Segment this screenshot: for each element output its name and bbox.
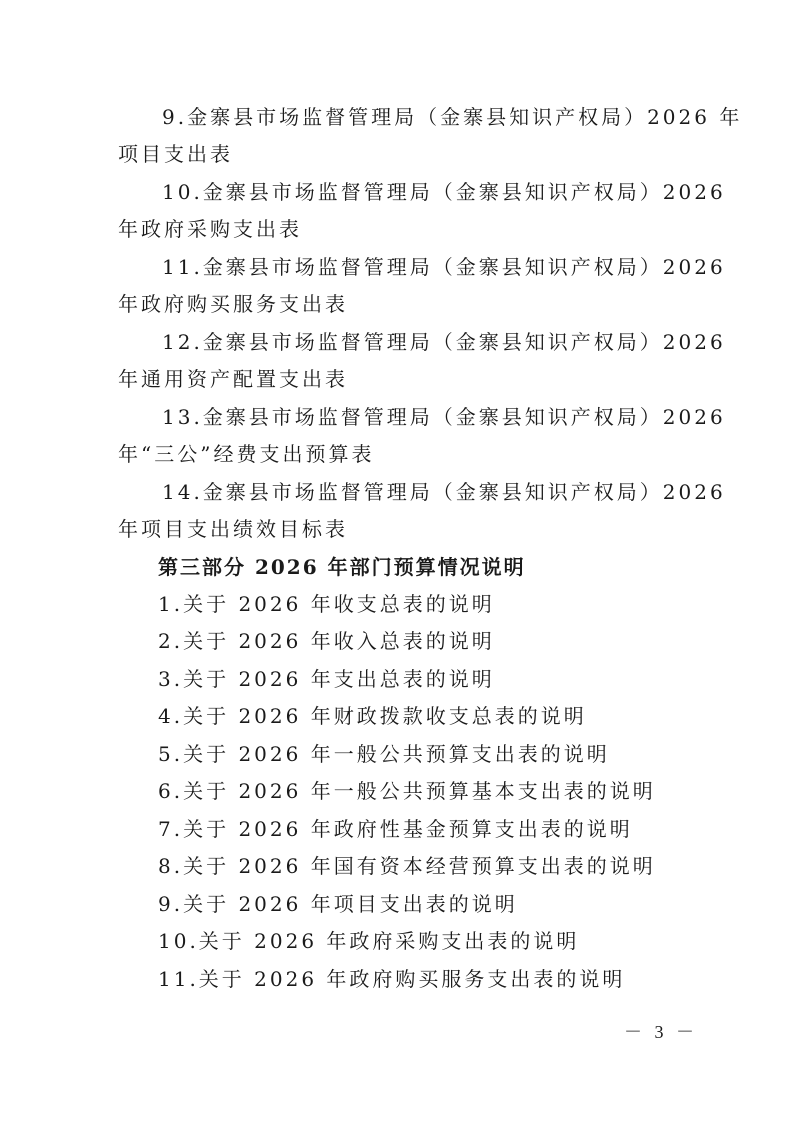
toc-item-14-line-2: 年项目支出绩效目标表 (118, 517, 348, 541)
part3-item-11: 11.关于 2026 年政府购买服务支出表的说明 (158, 967, 625, 991)
page-number: － 3 － (624, 1018, 698, 1044)
part3-item-8: 8.关于 2026 年国有资本经营预算支出表的说明 (158, 854, 656, 878)
toc-item-11-line-2: 年政府购买服务支出表 (118, 292, 348, 316)
part3-item-9: 9.关于 2026 年项目支出表的说明 (158, 892, 518, 916)
part3-item-7: 7.关于 2026 年政府性基金预算支出表的说明 (158, 817, 633, 841)
part3-heading: 第三部分 2026 年部门预算情况说明 (158, 555, 526, 579)
toc-item-12-line-2: 年通用资产配置支出表 (118, 367, 348, 391)
part3-item-10: 10.关于 2026 年政府采购支出表的说明 (158, 929, 579, 953)
part3-item-5: 5.关于 2026 年一般公共预算支出表的说明 (158, 742, 610, 766)
toc-item-12-line-1: 12.金寨县市场监督管理局（金寨县知识产权局）2026 (162, 330, 726, 354)
document-page: 9.金寨县市场监督管理局（金寨县知识产权局）2026 年 项目支出表 10.金寨… (0, 0, 793, 1122)
part3-item-4: 4.关于 2026 年财政拨款收支总表的说明 (158, 704, 587, 728)
toc-item-9-line-2: 项目支出表 (118, 142, 233, 166)
toc-item-14-line-1: 14.金寨县市场监督管理局（金寨县知识产权局）2026 (162, 480, 726, 504)
toc-item-10-line-2: 年政府采购支出表 (118, 217, 302, 241)
part3-item-1: 1.关于 2026 年收支总表的说明 (158, 592, 495, 616)
part3-item-2: 2.关于 2026 年收入总表的说明 (158, 629, 495, 653)
part3-item-6: 6.关于 2026 年一般公共预算基本支出表的说明 (158, 779, 656, 803)
part3-item-3: 3.关于 2026 年支出总表的说明 (158, 667, 495, 691)
toc-item-13-line-1: 13.金寨县市场监督管理局（金寨县知识产权局）2026 (162, 405, 726, 429)
toc-item-10-line-1: 10.金寨县市场监督管理局（金寨县知识产权局）2026 (162, 180, 726, 204)
toc-item-9-line-1: 9.金寨县市场监督管理局（金寨县知识产权局）2026 年 (162, 105, 742, 129)
toc-item-13-line-2: 年“三公”经费支出预算表 (118, 442, 374, 466)
toc-item-11-line-1: 11.金寨县市场监督管理局（金寨县知识产权局）2026 (162, 255, 726, 279)
